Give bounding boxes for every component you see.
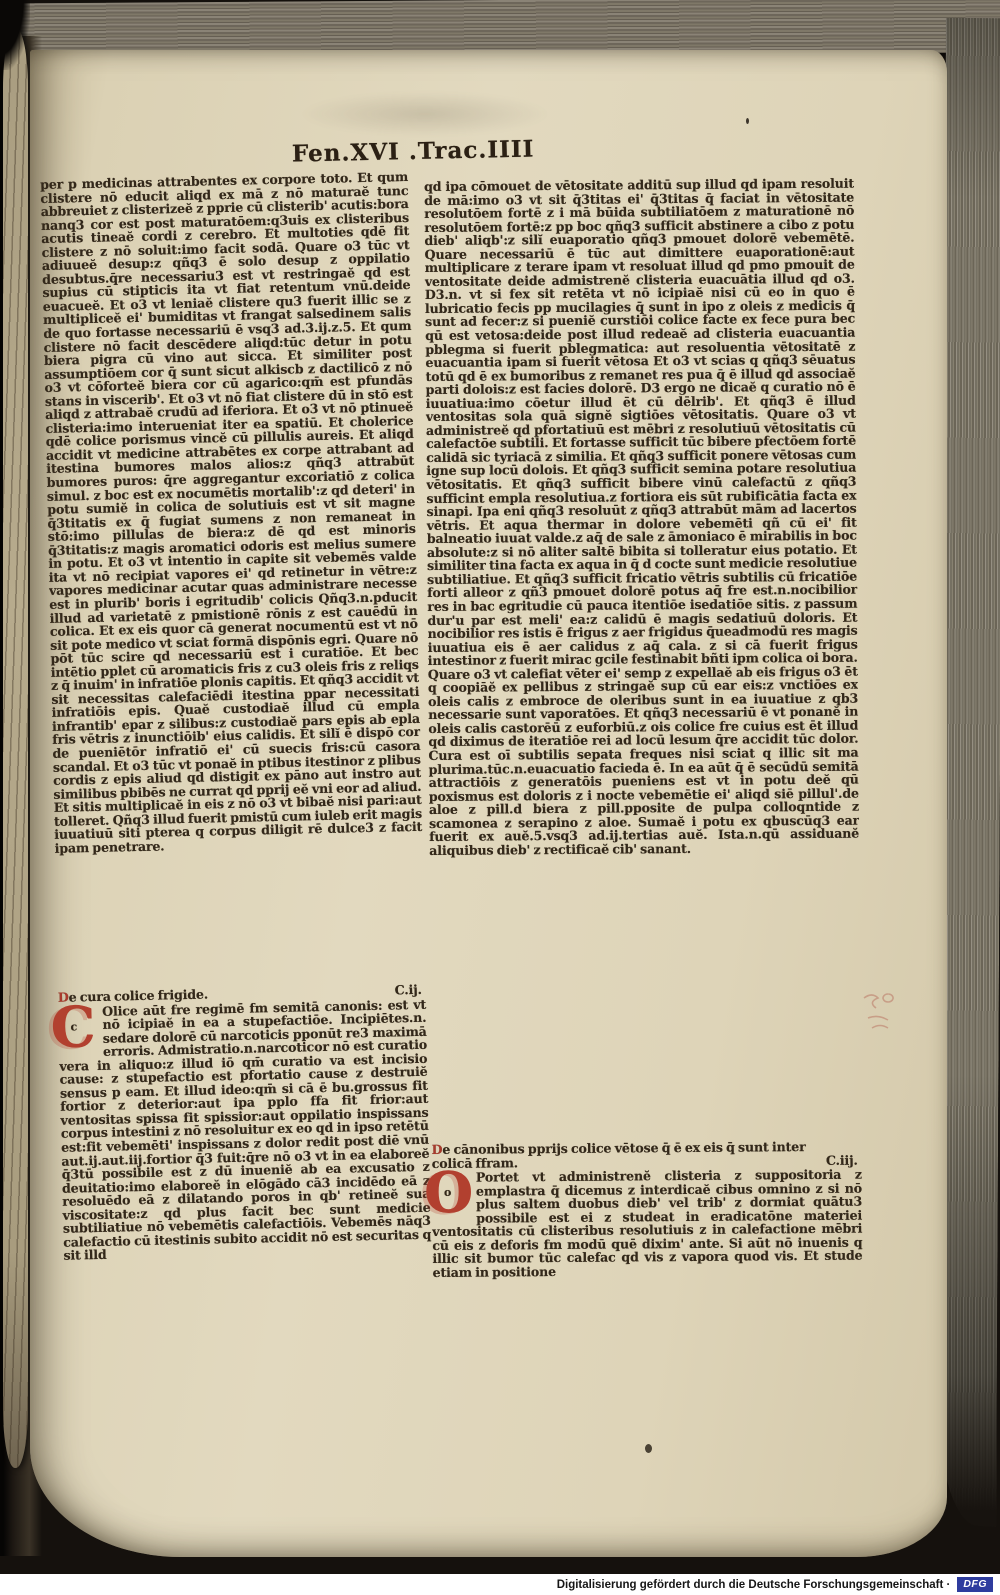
rubric-text: e cānonibus pprijs colice vētose q̄ ē ex…: [432, 1139, 806, 1170]
credit-text: Digitalisierung gefördert durch die Deut…: [557, 1579, 951, 1591]
chapter-number: C.ij.: [394, 983, 421, 997]
scanned-book-page: Fen.XVI .Trac.IIII per p medicinas attra…: [0, 0, 1000, 1595]
illuminated-initial: Oo: [424, 1173, 471, 1214]
chapter-rubric: De cānonibus pprijs colice vētose q̄ ē e…: [432, 1140, 862, 1170]
guide-letter: c: [70, 1020, 77, 1034]
stain-speck: [746, 118, 749, 124]
dfg-logo: DFG: [957, 1577, 993, 1592]
digitization-credit-bar: Digitalisierung gefördert durch die Deut…: [0, 1574, 1000, 1595]
guide-letter: o: [444, 1186, 451, 1200]
chapter-text: Portet vt administrenĕ clisteria z suppo…: [432, 1167, 862, 1280]
facing-page-sliver: [3, 28, 28, 1469]
body-text: per p medicinas attrabentes ex corpore t…: [40, 170, 426, 991]
body-text: qd ipa cōmouet de vētositate additū sup …: [424, 177, 862, 1143]
stain-speck: [645, 1444, 652, 1453]
text-column-left: per p medicinas attrabentes ex corpore t…: [40, 170, 432, 1263]
chapter-text: Olice aūt fre regimē fm semitā canonis: …: [59, 996, 431, 1263]
text-column-right: qd ipa cōmouet de vētositate additū sup …: [424, 177, 863, 1280]
gutter-shadow: [0, 0, 30, 70]
running-header: Fen.XVI .Trac.IIII: [292, 135, 535, 167]
illuminated-initial: Cc: [50, 1006, 98, 1048]
chapter-number: C.iij.: [826, 1153, 858, 1167]
chapter-paragraph: OoPortet vt administrenĕ clisteria z sup…: [432, 1168, 863, 1280]
marginalia-ink: [858, 988, 910, 1034]
ink-bleed-through: [300, 92, 550, 136]
page-stack-edge: [938, 18, 1000, 1526]
chapter-paragraph: CcOlice aūt fre regimē fm semitā canonis…: [58, 997, 432, 1262]
